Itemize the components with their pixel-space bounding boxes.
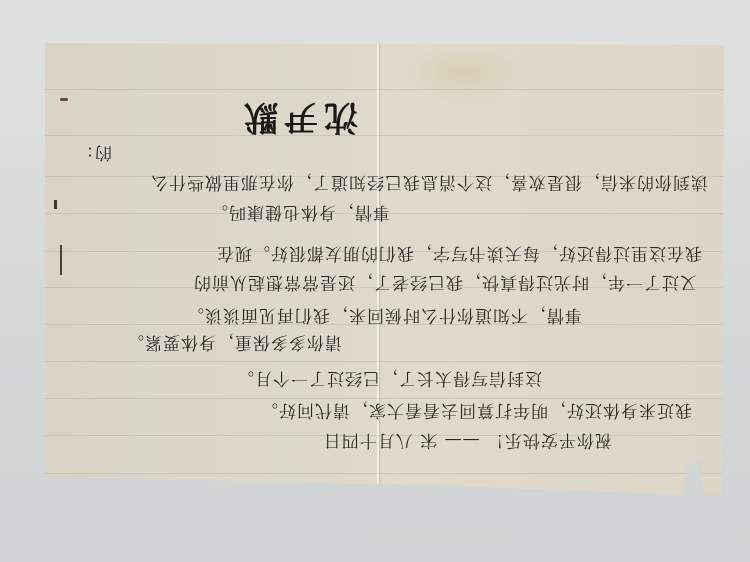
ruled-line	[45, 135, 724, 136]
paper-stain	[405, 43, 525, 103]
paper-fold	[377, 43, 379, 495]
letter-line: 事情，不知道你什么时候回来，我们再见面谈谈。	[112, 305, 582, 330]
ink-mark	[54, 200, 57, 209]
ink-mark	[60, 98, 68, 101]
letter-line: 这封信写得太长了，已经过了一个月。	[112, 368, 542, 393]
ruled-line	[45, 398, 724, 399]
letter-line: 祝你平安快乐！ —— 宋 八月十四日	[122, 430, 612, 455]
letter-line: 读到你的来信，很是欢喜，这个消息我已经知道了，你在那里做些什么	[118, 172, 708, 197]
ruled-line	[45, 361, 724, 362]
letter-paper	[45, 43, 724, 495]
ruled-line	[45, 89, 724, 90]
letter-line: 请你多多保重，身体要紧。	[112, 332, 342, 357]
letter-line: 又过了一年，时光过得真快，我已经老了，还是常常想起从前的	[82, 272, 697, 297]
letter-salutation: 的：	[76, 142, 112, 167]
ink-mark	[60, 245, 62, 275]
letter-line: 事情，身体也健康吗。	[90, 202, 390, 227]
letter-line: 我近来身体还好，明年打算回去看看大家，请代问好。	[122, 400, 692, 425]
letter-line: 我在这里过得还好，每天读书写字，我们的朋友都很好。现在	[112, 243, 702, 268]
ruled-line	[45, 473, 724, 474]
letter-title: 沈尹默	[238, 96, 358, 145]
